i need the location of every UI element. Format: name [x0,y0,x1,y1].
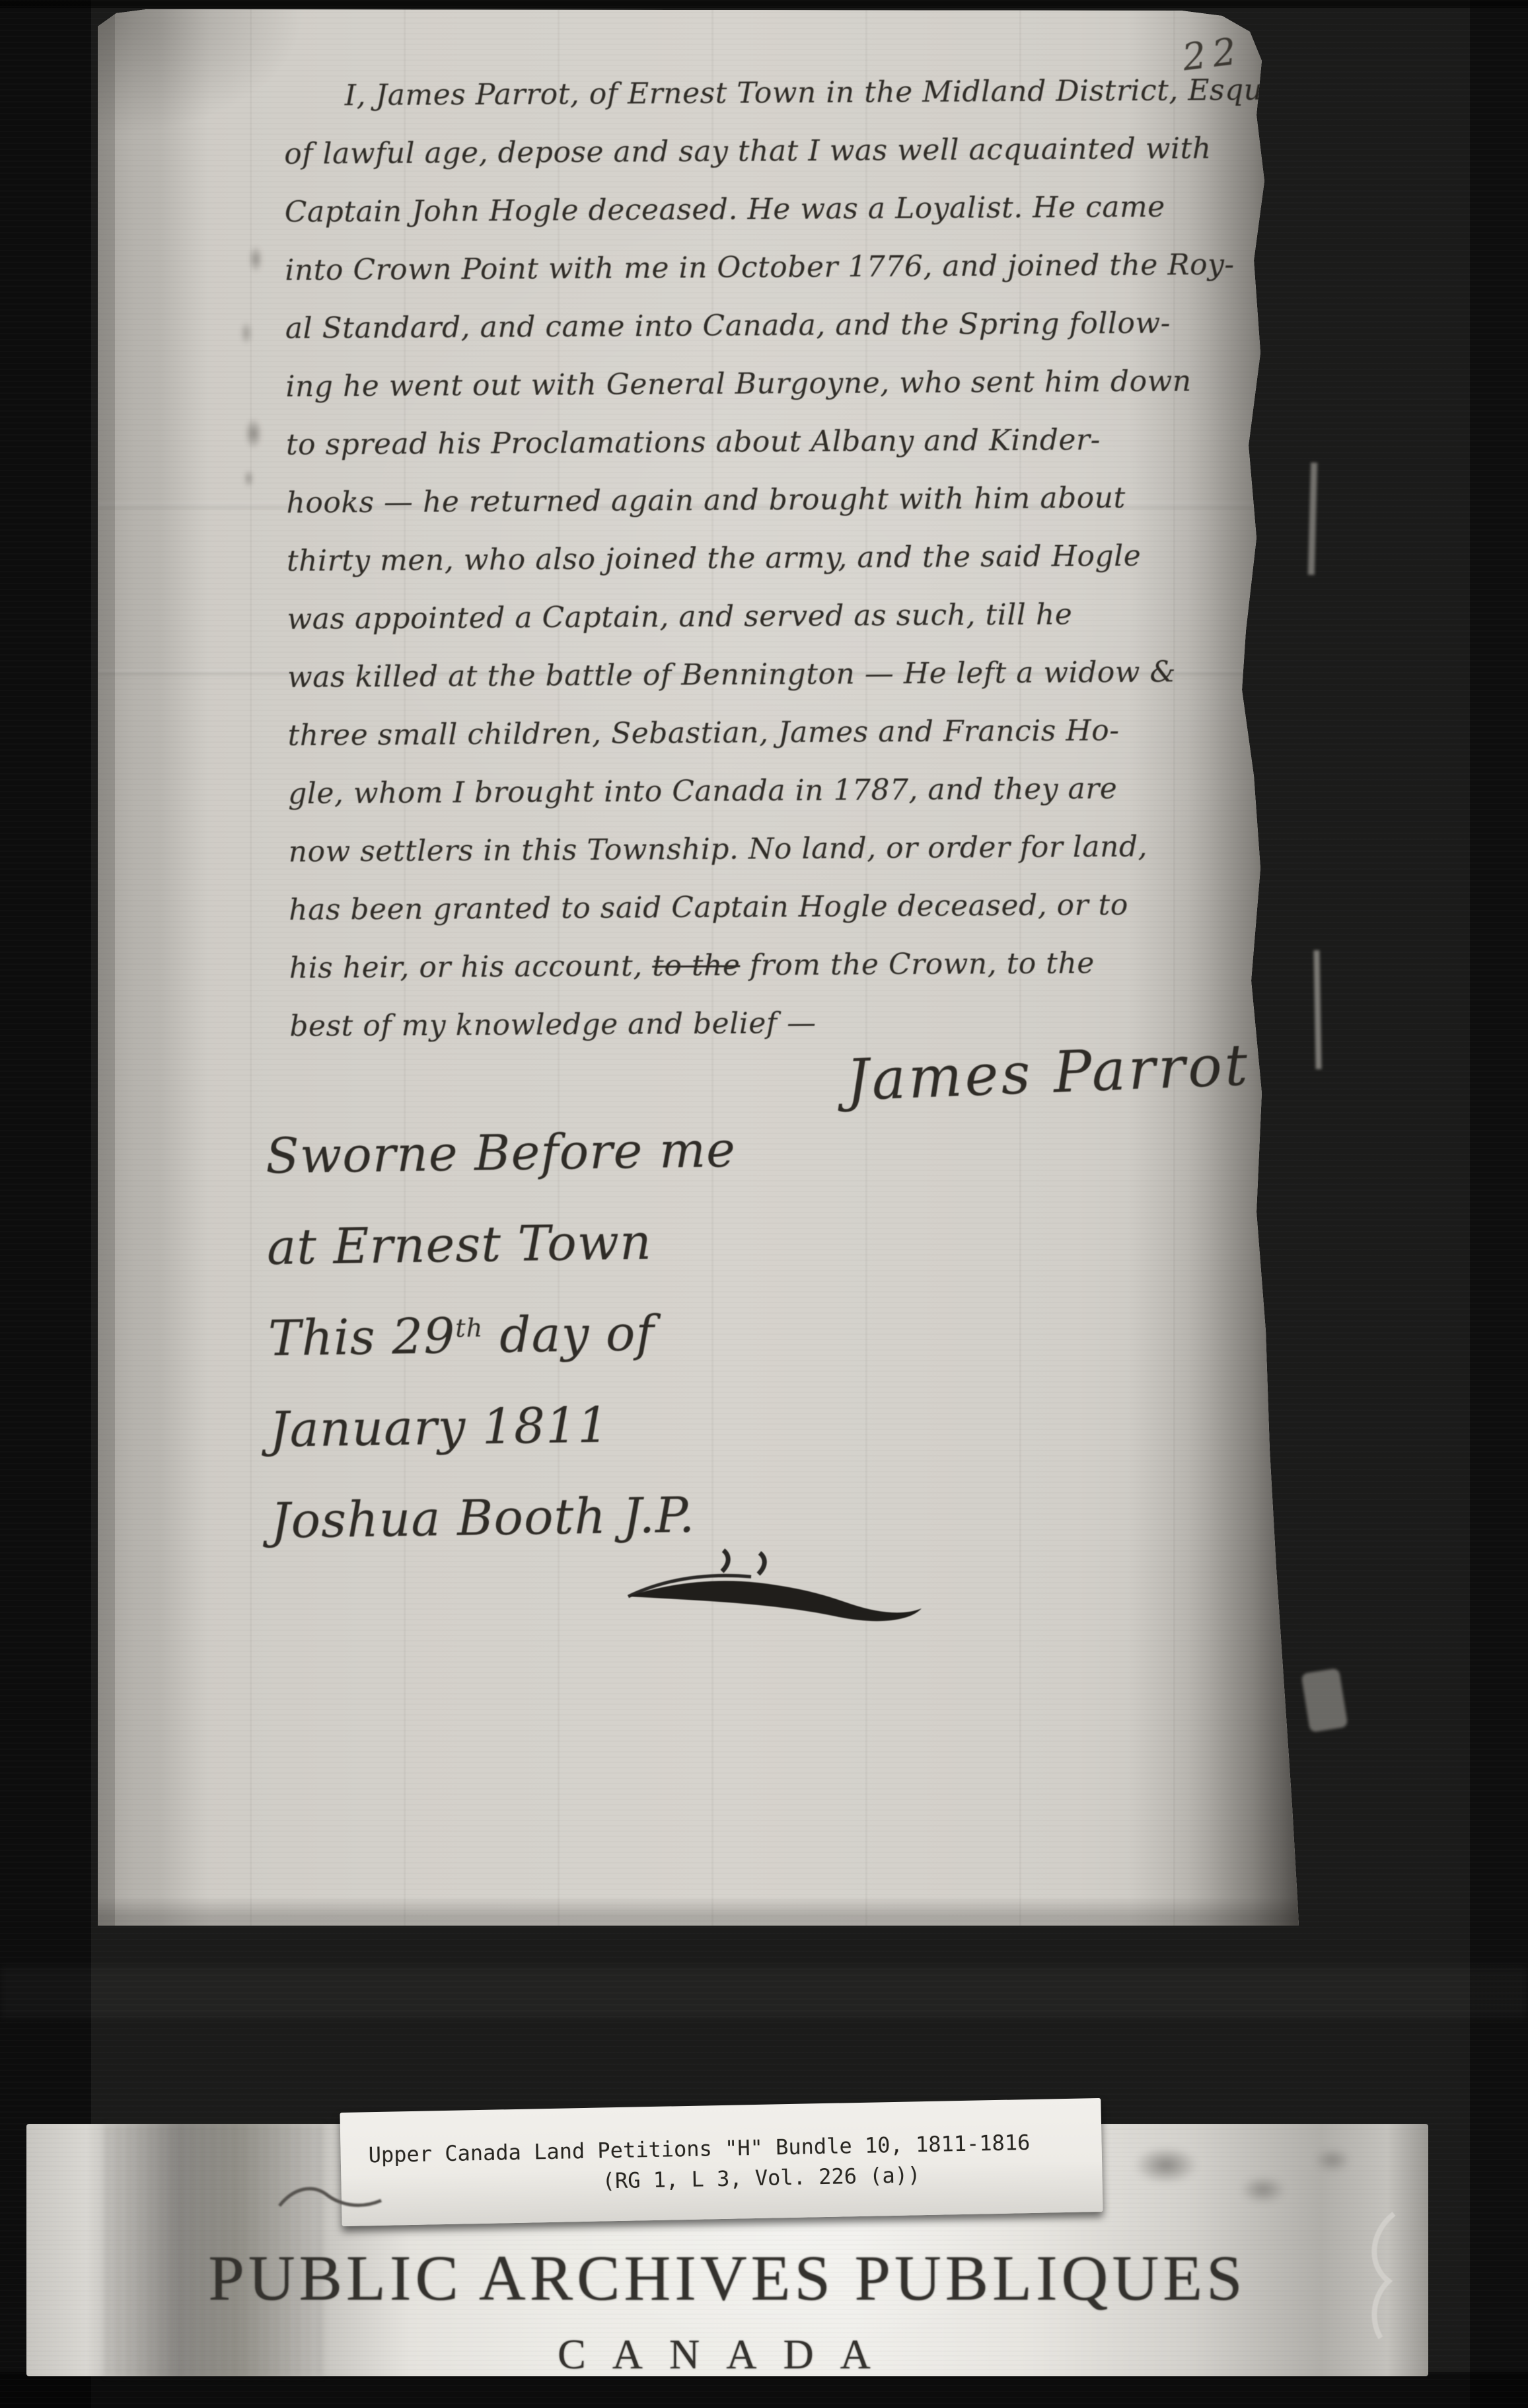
paper-curl [1364,2210,1410,2342]
handwritten-line: al Standard, and came into Canada, and t… [285,293,1315,358]
ordinal-suffix: th [455,1314,484,1344]
jurat-line: January 1811 [269,1378,741,1476]
handwritten-line: has been granted to said Captain Hogle d… [289,875,1319,940]
petition-document: 22 I, James Parrot, of Ernest Town in th… [98,9,1340,1926]
banner-title: PUBLIC ARCHIVES PUBLIQUES [26,2241,1428,2315]
handwritten-line: was appointed a Captain, and served as s… [287,584,1317,649]
struck-text: to the [652,949,741,983]
catalog-label: Upper Canada Land Petitions "H" Bundle 1… [340,2098,1103,2226]
handwritten-line: I, James Parrot, of Ernest Town in the M… [283,61,1313,126]
handwritten-line: three small children, Sebastian, James a… [287,700,1317,765]
handwritten-line: to spread his Proclamations about Albany… [286,410,1316,474]
handwritten-line: now settlers in this Township. No land, … [288,817,1318,882]
handwritten-line: ing he went out with General Burgoyne, w… [285,352,1315,416]
handwritten-line: of lawful age, depose and say that I was… [284,119,1314,184]
page-edge [1308,463,1317,575]
jurat-line: Sworne Before me [265,1104,737,1202]
handwritten-segment: day of [483,1305,655,1365]
handwritten-line: Captain John Hogle deceased. He was a Lo… [285,177,1315,242]
jurat-block: Sworne Before me at Ernest Town This 29t… [265,1104,741,1567]
handwritten-line: hooks — he returned again and brought wi… [286,468,1316,533]
film-band [0,1966,1528,2019]
handwritten-line: into Crown Point with me in October 1776… [285,235,1315,300]
ink-smudge [227,227,275,492]
handwritten-segment: This 29 [268,1308,456,1367]
page-edge [1301,1668,1348,1733]
handwritten-line: gle, whom I brought into Canada in 1787,… [288,759,1318,823]
handwritten-line: his heir, or his account, to the from th… [289,933,1319,998]
handwritten-line: was killed at the battle of Bennington —… [287,642,1317,707]
microfilm-frame: 22 I, James Parrot, of Ernest Town in th… [0,0,1528,2408]
jurat-line: This 29th day of [268,1287,739,1384]
signature-flourish [624,1546,928,1626]
deposition-text: I, James Parrot, of Ernest Town in the M… [283,61,1319,1055]
page-edge [1313,950,1321,1069]
handwritten-line: thirty men, who also joined the army, an… [287,526,1317,591]
jurat-line: at Ernest Town [266,1195,738,1293]
handwritten-segment: his heir, or his account, [289,949,653,985]
pencil-mark [274,2178,386,2218]
handwritten-segment: from the Crown, to the [740,946,1095,982]
banner-subtitle: CANADA [26,2330,1428,2379]
